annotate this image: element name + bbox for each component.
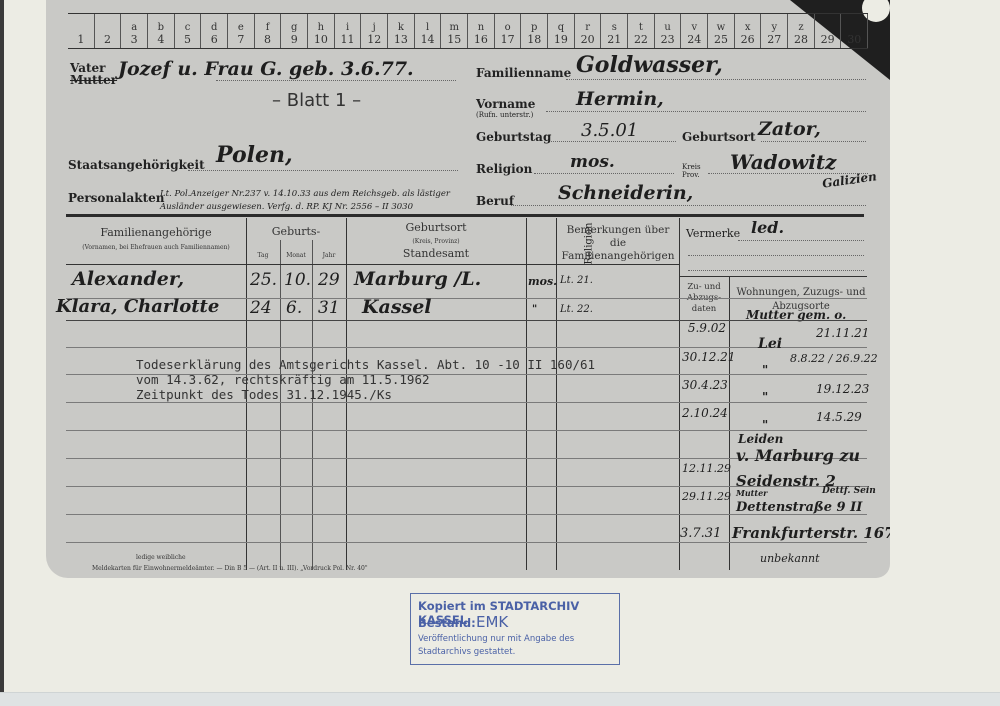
row-tag: 25. [250,270,277,290]
index-number: 23 [661,34,675,46]
beruf-label: Beruf [476,194,514,208]
col-geburtsort-header: Geburtsort [346,222,526,234]
index-number: 21 [607,34,621,46]
index-number: 5 [184,34,191,46]
index-number: 1 [77,34,84,46]
geburtstag-value: 3.5.01 [581,120,638,141]
index-cell: f8 [255,14,282,48]
entry-date: 30.12.21 [682,350,735,364]
vermerke-dotline [738,240,864,241]
entry-6-date: 29.11.29 [682,490,731,503]
index-cell: v24 [681,14,708,48]
index-number: 6 [211,34,218,46]
sheet-note: – Blatt 1 – [272,90,361,111]
col-bemerkungen-header: Bemerkungen über die Familienangehörigen [558,224,678,263]
index-cell: u23 [655,14,682,48]
stamp-line-4: Stadtarchivs gestattet. [418,647,515,657]
row-jahr: 29 [318,270,340,290]
vermerke-label: Vermerke [686,227,740,240]
entry-date: 2.10.24 [682,406,728,420]
scan-left-edge [0,0,4,706]
geburtsort-label: Geburtsort [682,130,756,144]
beruf-dotline [511,205,866,206]
staatsangehoerigkeit-value: Polen, [216,142,293,168]
index-number: 29 [821,34,835,46]
index-number: 16 [474,34,488,46]
col-tag-header: Tag [246,250,280,262]
row-ort: Kassel [362,296,432,318]
address-note-2: v. Marburg zu [736,446,860,465]
vater-label: VaterMutter [70,62,117,86]
table-header-bottom [66,264,679,265]
index-cell: h10 [308,14,335,48]
geburtstag-label: Geburtstag [476,130,551,144]
index-cell: l14 [415,14,442,48]
parents-dotline [216,80,456,81]
entry-date: 30.4.23 [682,378,728,392]
col-divider [312,240,313,570]
stamp-bestand-label: Bestand: [418,616,476,630]
vorname-dotline [546,111,866,112]
entry-date2: 8.8.22 / 26.9.22 [790,352,878,365]
staatsangehoerigkeit-dotline [188,170,458,171]
col-divider [679,218,680,570]
index-cell: g9 [281,14,308,48]
familienname-dotline [566,79,866,80]
index-number: 4 [157,34,164,46]
index-cell: s21 [601,14,628,48]
col-familie-sub: (Vornamen, bei Ehefrauen auch Familienna… [66,242,246,254]
vermerke-value: led. [751,218,784,237]
entry-place: " [762,390,768,404]
index-cell: w25 [708,14,735,48]
row-line [66,430,867,431]
index-number: 8 [264,34,271,46]
entry-place: Lei [758,336,782,352]
geburtstag-dotline [551,141,676,142]
index-number: 15 [447,34,461,46]
index-number: 11 [341,34,355,46]
index-number: 17 [501,34,515,46]
right-panel-divider [679,276,867,277]
familienname-label: Familienname [476,66,571,80]
stamp-bestand-value: EMK [476,613,508,631]
footer-line-2: Meldekarten für Einwohnermeldeämter. — D… [92,565,368,572]
entry-place: " [762,418,768,432]
entry-7-date: 3.7.31 [680,526,721,541]
vorname-label: Vorname [476,97,535,111]
index-number: 19 [554,34,568,46]
index-cell: y27 [761,14,788,48]
row-religion: mos. [528,275,557,288]
index-number: 14 [421,34,435,46]
col-geburts-header: Geburts- [246,226,346,238]
index-cell: k13 [388,14,415,48]
index-cell: m15 [441,14,468,48]
index-number: 28 [794,34,808,46]
index-number: 13 [394,34,408,46]
index-number: 18 [527,34,541,46]
index-number: 26 [741,34,755,46]
beruf-value: Schneiderin, [558,182,693,204]
geburtsort-value: Zator, [758,118,821,140]
familienname-value: Goldwasser, [576,52,723,78]
index-number: 30 [847,34,861,46]
col-jahr-header: Jahr [312,250,346,262]
entry-5-date: 12.11.29 [682,462,731,475]
row-ort: Marburg /L. [354,268,481,290]
row-line [66,542,867,543]
index-cell: z28 [788,14,815,48]
personalakten-value-2: Ausländer ausgewiesen. Verfg. d. RP. KJ … [160,202,413,212]
col-divider [280,240,281,570]
row-monat: 6. [286,298,302,318]
row-line [66,320,867,321]
religion-value: mos. [570,152,615,172]
index-number: 9 [291,34,298,46]
index-number: 3 [131,34,138,46]
row-religion: " [532,304,537,315]
row-name: Klara, Charlotte [56,296,219,317]
staatsangehoerigkeit-label: Staatsangehörigkeit [68,158,205,172]
index-cell: r20 [575,14,602,48]
index-number: 2 [104,34,111,46]
entry-date: 5.9.02 [686,322,726,335]
row-jahr: 31 [318,298,340,318]
index-number: 7 [237,34,244,46]
index-number: 25 [714,34,728,46]
index-cell: q19 [548,14,575,48]
index-cell: 1 [68,14,95,48]
col-divider [526,218,527,570]
index-number: 10 [314,34,328,46]
entry-date2: 19.12.23 [816,382,869,396]
index-cell: b4 [148,14,175,48]
row-name: Alexander, [72,268,184,290]
row-bemerkung: Lt. 22. [560,304,593,315]
index-cell: p18 [521,14,548,48]
index-cell: d6 [201,14,228,48]
index-number: 22 [634,34,648,46]
row-line [66,402,867,403]
row-line [66,347,867,348]
typed-note-line-1: Todeserklärung des Amtsgerichts Kassel. … [136,358,595,371]
kreis-value: Wadowitz [730,150,836,174]
entry-6-pre: Mutter [736,488,767,498]
index-cell: 30 [841,14,868,48]
kreis-label: KreisProv. [682,163,701,179]
index-strip: 12a3b4c5d6e7f8g9h10i11j12k13l14m15n16o17… [68,13,868,49]
religion-dotline [534,173,674,174]
index-number: 24 [687,34,701,46]
col-standesamt-header: Standesamt [346,248,526,260]
index-number: 12 [367,34,381,46]
entry-6-extra: Dettf. Sein [822,486,876,496]
personalakten-label: Personalakten [68,191,164,205]
index-cell: a3 [121,14,148,48]
index-cell: e7 [228,14,255,48]
vermerke-dotline [688,270,864,271]
footer-line-1: ledige weibliche [136,554,186,561]
index-number: 20 [581,34,595,46]
entry-place: " [762,363,768,377]
archive-stamp: Kopiert im STADTARCHIV KASSEL Bestand: E… [410,593,620,665]
index-cell: n16 [468,14,495,48]
row-monat: 10. [284,270,311,290]
entry-7-place: Frankfurterstr. 167 [732,524,890,542]
stamp-line-3: Veröffentlichung nur mit Angabe des [418,634,574,644]
index-cell: x26 [735,14,762,48]
vorname-value: Hermin, [576,88,664,110]
row-bemerkung: Lt. 21. [560,275,593,286]
row-tag: 24 [250,298,272,318]
index-cell: j12 [361,14,388,48]
entry-6-place: Dettenstraße 9 II [736,500,862,515]
col-monat-header: Monat [280,250,312,262]
index-cell: i11 [335,14,362,48]
religion-label: Religion [476,162,532,176]
registration-card: 12a3b4c5d6e7f8g9h10i11j12k13l14m15n16o17… [46,0,890,578]
vorname-sub: (Rufn. unterstr.) [476,111,533,119]
index-cell: c5 [175,14,202,48]
entry-date2: 21.11.21 [816,326,869,340]
geburtsort-dotline [761,141,866,142]
col-familie-header: Familienangehörige [66,227,246,239]
col-divider [556,218,557,570]
scan-bottom-strip [0,692,1000,706]
index-cell: o17 [495,14,522,48]
parents-value: Jozef u. Frau G. geb. 3.6.77. [118,58,414,80]
entry-8-place: unbekannt [760,552,820,565]
index-number: 27 [767,34,781,46]
index-cell: 29 [815,14,842,48]
typed-note-line-2: vom 14.3.62, rechtskräftig am 11.5.1962 [136,373,430,386]
vermerke-dotline [688,255,864,256]
index-cell: t22 [628,14,655,48]
entry-date2: 14.5.29 [816,410,862,424]
header-separator [66,214,864,217]
index-cell: 2 [95,14,122,48]
address-note-1: Leiden [738,432,783,446]
typed-note-line-3: Zeitpunkt des Todes 31.12.1945./Ks [136,388,392,401]
personalakten-value-1: Lt. Pol.Anzeiger Nr.237 v. 14.10.33 aus … [160,189,450,199]
